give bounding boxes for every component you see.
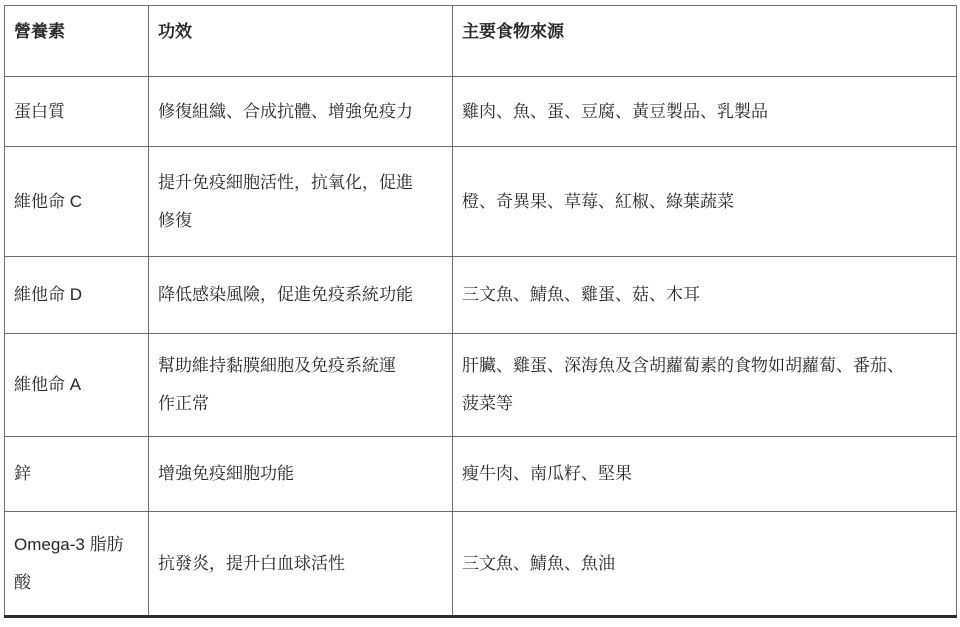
header-sources: 主要食物來源 [453, 6, 957, 77]
table-row-protein: 蛋白質 修復組織、合成抗體、增強免疫力 雞肉、魚、蛋、豆腐、黃豆製品、乳製品 [5, 77, 957, 147]
table-row-zinc: 鋅 增強免疫細胞功能 瘦牛肉、南瓜籽、堅果 [5, 437, 957, 512]
table-row-vitamin-d: 維他命 D 降低感染風險，促進免疫系統功能 三文魚、鯖魚、雞蛋、菇、木耳 [5, 257, 957, 334]
header-nutrient: 營養素 [5, 6, 149, 77]
cell-sources: 雞肉、魚、蛋、豆腐、黃豆製品、乳製品 [453, 77, 957, 147]
cell-effect: 增強免疫細胞功能 [149, 437, 453, 512]
cell-sources: 三文魚、鯖魚、魚油 [453, 512, 957, 617]
table-header-row: 營養素 功效 主要食物來源 [5, 6, 957, 77]
cell-sources: 三文魚、鯖魚、雞蛋、菇、木耳 [453, 257, 957, 334]
cell-nutrient: 鋅 [5, 437, 149, 512]
cell-nutrient: 維他命 C [5, 147, 149, 257]
table-row-vitamin-c: 維他命 C 提升免疫細胞活性，抗氧化，促進 修復 橙、奇異果、草莓、紅椒、綠葉蔬… [5, 147, 957, 257]
cell-effect: 提升免疫細胞活性，抗氧化，促進 修復 [149, 147, 453, 257]
cell-effect: 降低感染風險，促進免疫系統功能 [149, 257, 453, 334]
document-page: 營養素 功效 主要食物來源 蛋白質 修復組織、合成抗體、增強免疫力 雞肉、魚、蛋… [4, 5, 957, 618]
cell-nutrient: 蛋白質 [5, 77, 149, 147]
cell-nutrient: 維他命 A [5, 334, 149, 437]
header-effect: 功效 [149, 6, 453, 77]
cell-effect: 修復組織、合成抗體、增強免疫力 [149, 77, 453, 147]
cell-nutrient: 維他命 D [5, 257, 149, 334]
table-row-vitamin-a: 維他命 A 幫助維持黏膜細胞及免疫系統運 作正常 肝臟、雞蛋、深海魚及含胡蘿蔔素… [5, 334, 957, 437]
table-row-omega3: Omega-3 脂肪 酸 抗發炎，提升白血球活性 三文魚、鯖魚、魚油 [5, 512, 957, 617]
cell-sources: 肝臟、雞蛋、深海魚及含胡蘿蔔素的食物如胡蘿蔔、番茄、 菠菜等 [453, 334, 957, 437]
nutrition-table: 營養素 功效 主要食物來源 蛋白質 修復組織、合成抗體、增強免疫力 雞肉、魚、蛋… [4, 5, 957, 618]
cell-sources: 瘦牛肉、南瓜籽、堅果 [453, 437, 957, 512]
cell-sources: 橙、奇異果、草莓、紅椒、綠葉蔬菜 [453, 147, 957, 257]
cell-nutrient: Omega-3 脂肪 酸 [5, 512, 149, 617]
cell-effect: 幫助維持黏膜細胞及免疫系統運 作正常 [149, 334, 453, 437]
cell-effect: 抗發炎，提升白血球活性 [149, 512, 453, 617]
